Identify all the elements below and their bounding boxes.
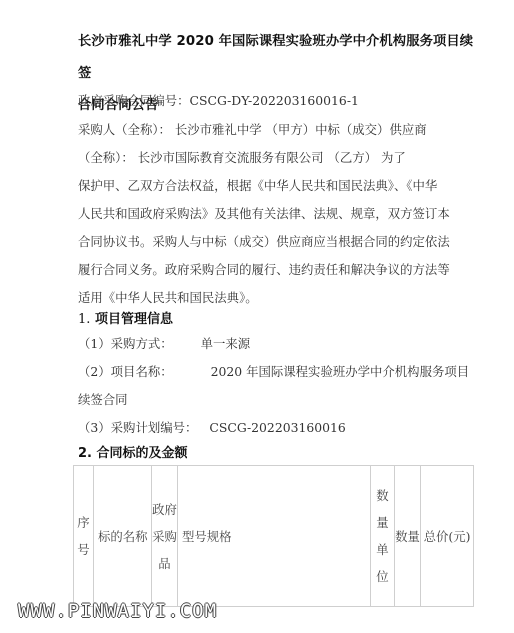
contract-number: 政府采购合同编号：CSCG-DY-202203160016-1: [78, 91, 359, 109]
header-unit: 数量单位: [371, 466, 395, 607]
body-line: 采购人（全称）： 长沙市雅礼中学 （甲方）中标（成交）供应商: [78, 120, 427, 138]
header-serial-no: 序号: [74, 466, 94, 607]
title-line-1: 长沙市雅礼中学 2020 年国际课程实验班办学中介机构服务项目续签: [78, 26, 478, 90]
body-line: 人民共和国政府采购法》及其他有关法律、法规、规章，双方签订本: [78, 204, 450, 222]
header-model-spec: 型号规格: [178, 466, 371, 607]
field-value: CSCG-202203160016: [209, 420, 345, 435]
header-item-name: 标的名称: [94, 466, 152, 607]
body-line: 合同协议书。采购人与中标（成交）供应商应当根据合同的约定依法: [78, 232, 450, 250]
field-value: 单一来源: [201, 336, 251, 351]
watermark: WWW.PINWAIYI.COM: [18, 600, 217, 622]
section-1-heading: 1. 项目管理信息: [78, 308, 173, 327]
header-total-price: 总价(元): [421, 466, 474, 607]
contract-table: 序号 标的名称 政府采购品 型号规格 数量单位 数量 总价(元): [73, 465, 474, 607]
body-line: 保护甲、乙双方合法权益，根据《中华人民共和国民法典》、《中华: [78, 176, 437, 194]
section-number: 1.: [78, 312, 90, 327]
header-gov-procurement-item: 政府采购品: [152, 466, 178, 607]
header-quantity: 数量: [395, 466, 421, 607]
body-line: 适用《中华人民共和国民法典》。: [78, 288, 258, 306]
field-label: （3）采购计划编号：: [78, 420, 197, 435]
section-2-heading: 2. 合同标的及金额: [78, 442, 188, 461]
project-name-continuation: 续签合同: [78, 390, 128, 408]
plan-number-row: （3）采购计划编号：CSCG-202203160016: [78, 418, 346, 436]
body-line: 履行合同义务。政府采购合同的履行、违约责任和解决争议的方法等: [78, 260, 450, 278]
section-title: 项目管理信息: [95, 312, 173, 327]
table-header-row: 序号 标的名称 政府采购品 型号规格 数量单位 数量 总价(元): [74, 466, 474, 607]
field-value: 2020 年国际课程实验班办学中介机构服务项目: [211, 364, 470, 379]
field-label: （1）采购方式：: [78, 336, 173, 351]
project-name-row: （2）项目名称：2020 年国际课程实验班办学中介机构服务项目: [78, 362, 469, 380]
document-page: 长沙市雅礼中学 2020 年国际课程实验班办学中介机构服务项目续签 合同合同公告…: [0, 0, 514, 633]
body-line: （全称）： 长沙市国际教育交流服务有限公司 （乙方） 为了: [78, 148, 406, 166]
procurement-method-row: （1）采购方式：单一来源: [78, 334, 250, 352]
field-label: （2）项目名称：: [78, 364, 173, 379]
